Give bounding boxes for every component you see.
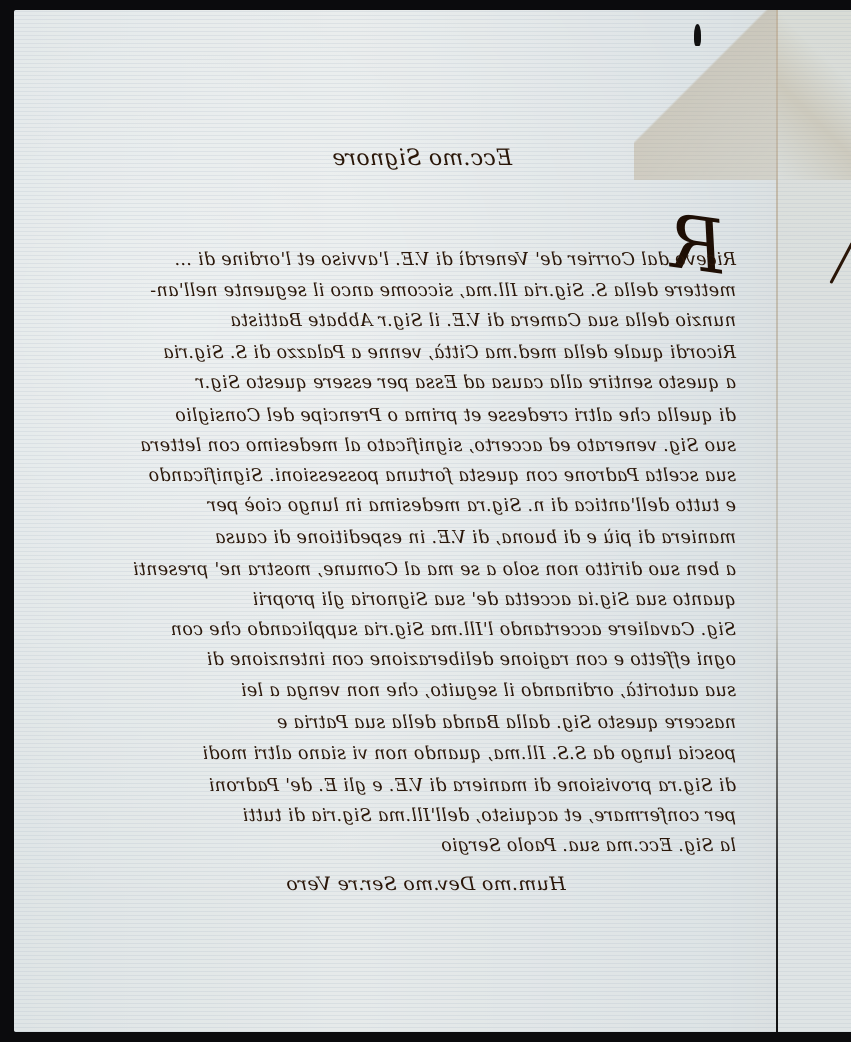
letter-line: per confermare, et acquisto, dell'Ill.ma…: [36, 806, 736, 826]
letter-line: Ricordi quale della med.ma Città, venne …: [36, 343, 736, 363]
letter-line: e tutto dell'antica di n. Sig.ra medesim…: [36, 496, 736, 516]
paper-sheet: Ecc.mo Signore R Ricevo dal Corrier de' …: [14, 10, 851, 1032]
letter-line: sua scelta Padrone con questa fortuna po…: [36, 466, 736, 486]
folded-corner-right: [778, 10, 851, 180]
letter-line: a questo sentire alla causa ad Essa per …: [36, 373, 736, 393]
letter-line: mettere della S. Sig.ria Ill.ma, siccome…: [36, 281, 736, 301]
letter-line: a ben suo diritto non solo a se ma al Co…: [36, 560, 736, 580]
letter-line: nascere questo Sig. dalla Banda della su…: [36, 713, 736, 733]
letter-line: Sig. Cavaliere accertando l'Ill.ma Sig.r…: [36, 620, 736, 640]
monogram-initial: R: [663, 199, 730, 292]
letter-line: sua autorità, ordinando il seguito, che …: [36, 681, 736, 701]
letter-line: Ricevo dal Corrier de' Venerdì di V.E. l…: [36, 250, 736, 270]
letter-line: nunzio della sua Camera di V.E. il Sig.r…: [36, 311, 736, 331]
folded-corner: [634, 10, 776, 180]
letter-line: di Sig.ra provisione di maniera di V.E. …: [36, 776, 736, 796]
salutation: Ecc.mo Signore: [332, 146, 512, 171]
letter-line: maniera di più e di buona, di V.E. in es…: [36, 528, 736, 548]
ink-blot-mark: [694, 24, 701, 46]
letter-line: di quella che altri credesse et prima o …: [36, 406, 736, 426]
signature: Hum.mo Dev.mo Ser.re Vero: [286, 873, 566, 895]
letter-line: ogni effetto e con ragione deliberazione…: [36, 650, 736, 670]
letter-line: suo Sig. venerato ed accerto, significat…: [36, 436, 736, 456]
letter-line: poscia lungo da S.S. Ill.ma, quando non …: [36, 744, 736, 764]
center-fold-line: [776, 10, 778, 1032]
letter-line: quanto sua Sig.ia accetta de' sua Signor…: [36, 590, 736, 610]
letter-line: la Sig. Ecc.ma sua. Paolo Sergio: [36, 836, 736, 856]
